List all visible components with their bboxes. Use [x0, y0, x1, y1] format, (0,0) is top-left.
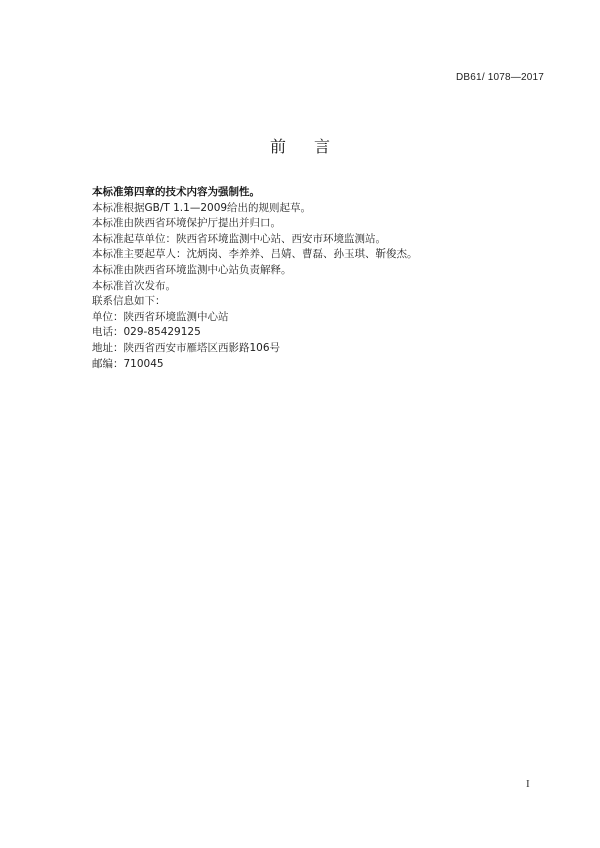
contact-unit: 单位：陕西省环境监测中心站	[92, 310, 418, 326]
contact-address: 地址：陕西省西安市雁塔区西影路106号	[92, 341, 418, 357]
page-title: 前言	[0, 134, 600, 157]
mandatory-statement: 本标准第四章的技术内容为强制性。	[92, 185, 418, 201]
document-code: DB61/ 1078—2017	[456, 72, 544, 83]
drafting-rules-line: 本标准根据GB/T 1.1—2009给出的规则起草。	[92, 201, 418, 217]
drafters-line: 本标准主要起草人：沈炳岗、李养养、吕婧、曹磊、孙玉琪、靳俊杰。	[92, 247, 418, 263]
contact-phone: 电话：029-85429125	[92, 325, 418, 341]
contact-postcode: 邮编：710045	[92, 357, 418, 373]
interpretation-line: 本标准由陕西省环境监测中心站负责解释。	[92, 263, 418, 279]
first-release-line: 本标准首次发布。	[92, 279, 418, 295]
proposer-line: 本标准由陕西省环境保护厅提出并归口。	[92, 216, 418, 232]
contact-heading: 联系信息如下：	[92, 294, 418, 310]
drafting-units-line: 本标准起草单位：陕西省环境监测中心站、西安市环境监测站。	[92, 232, 418, 248]
foreword-body: 本标准第四章的技术内容为强制性。 本标准根据GB/T 1.1—2009给出的规则…	[92, 185, 418, 372]
page-number: I	[526, 778, 530, 790]
